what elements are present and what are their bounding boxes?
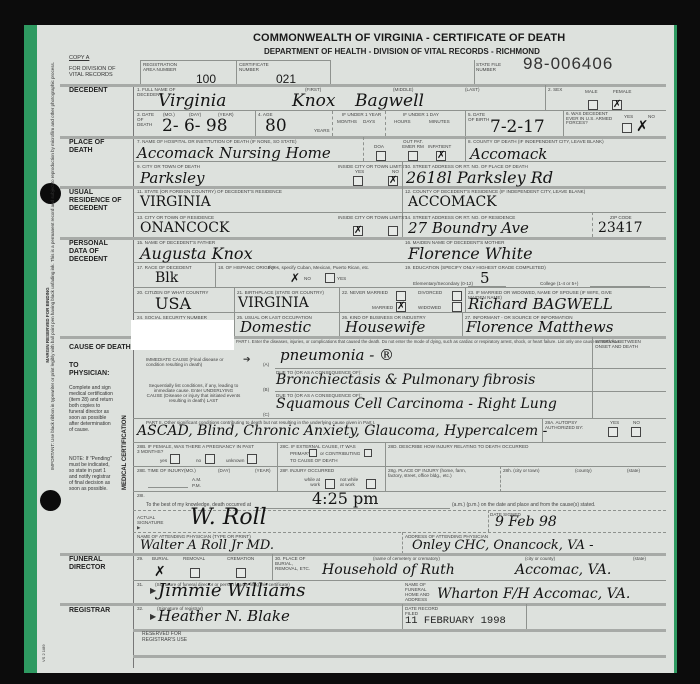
preg-unknown-label: unknown [226,458,244,463]
education-elementary: 5 [480,269,490,287]
interval-label: INTERVAL BETWEEN ONSET AND DEATH [595,339,655,349]
doa-checkbox[interactable] [376,151,386,161]
college-line [590,286,650,287]
father-name: Augusta Knox [140,244,253,263]
autopsy-yes-checkbox[interactable] [608,427,618,437]
hospital-name: Accomack Nursing Home [137,144,331,162]
date-signed-divider [488,510,489,532]
reserved-divider [133,629,666,632]
male-label: male [585,89,598,94]
time-of-injury-label: 28e. TIME OF INJURY [137,468,184,473]
preg-no-checkbox[interactable] [205,454,215,464]
divorced-checkbox[interactable] [452,291,462,301]
armed-yes-label: yes [624,114,633,119]
residence-county: ACCOMACK [408,194,497,210]
cause-a-line [275,368,666,369]
residence-state: VIRGINIA [140,194,211,210]
date-of-death: 2- 6- 98 [162,116,228,136]
row-divider [133,491,666,492]
under-day-divider [385,111,386,136]
under-1-day-label: IF UNDER 1 DAY [403,112,439,117]
contributing-label: or CONTRIBUTING [320,451,360,456]
hours-hint: hours [394,119,411,124]
f9-no-checkbox[interactable]: ✗ [388,176,398,186]
margin-reserved-text: MARGIN RESERVED FOR BINDING IMPORTANT: U… [45,180,55,470]
part2-line [133,418,666,419]
autopsy-yes-label: yes [610,420,619,425]
hispanic-hint: If yes, specify Cuban, Mexican, Puerto R… [268,265,369,270]
age: 80 [265,116,287,136]
contributing-checkbox[interactable] [364,449,372,457]
autopsy-no-label: no [633,420,640,425]
married-label: MARRIED [372,305,393,310]
under-1-year-label: IF UNDER 1 YEAR [342,112,381,117]
residence-city: ONANCOCK [140,220,229,236]
injury-year-hint: (year) [255,468,271,473]
external-hint: TO CAUSE OF DEATH [290,458,338,463]
place-of-burial-label: 30. PLACE OF BURIAL, REMOVAL, ETC. [275,556,315,571]
certificate-subtitle: DEPARTMENT OF HEALTH - DIVISION OF VITAL… [264,47,540,56]
form-code: VS 2 1/89 [40,644,47,662]
state-file-number: 98-006406 [523,54,613,74]
injury-day-hint: (day) [218,468,230,473]
removal-checkbox[interactable] [190,568,200,578]
injury-mo-hint: (mo.) [184,468,196,473]
punch-hole-bottom [40,490,61,511]
never-married-checkbox[interactable] [396,291,406,301]
registrar-divider [60,603,666,606]
section-funeral-director: FUNERAL DIRECTOR [69,556,124,572]
certificate-title: COMMONWEALTH OF VIRGINIA - CERTIFICATE O… [253,32,565,44]
pending-note: NOTE: If "Pending" must be indicated, so… [69,456,114,492]
am-label: A.M. [192,477,201,482]
birthplace-divider [234,288,235,336]
date-of-birth-label: 5. DATE OF BIRTH [468,112,490,122]
decedent-last-name: Bagwell [355,91,424,111]
row-divider [133,442,666,443]
inpatient-checkbox[interactable]: ✗ [436,151,446,161]
dob-divider [465,111,466,136]
outpat-label: Out Pat. Emer Rm [402,139,424,149]
cause-c: Squamous Cell Carcinoma - Right Lung [276,396,557,412]
male-checkbox[interactable] [588,100,598,110]
months-hint: months [337,119,357,124]
pm-label: P.M. [192,483,201,488]
zip-code: 23417 [598,220,643,236]
sex-label: 2. SEX [548,87,562,92]
elementary-label: Elementary/Secondary (0-12) [413,281,473,286]
under-year-divider [332,111,333,136]
preg-yes-checkbox[interactable] [170,454,180,464]
inpatient-label: Inpatient [428,144,451,149]
decedent-first-name: Virginia [158,91,226,111]
minutes-hint: minutes [429,119,450,124]
female-checkbox[interactable]: ✗ [612,100,622,110]
armed-yes-checkbox[interactable] [622,123,632,133]
physician-address: Onley CHC, Onancock, VA - [412,538,594,553]
section-registrar: REGISTRAR [69,607,110,615]
row-divider [133,466,666,467]
cause-stated-text: (a.m.) (p.m.) on the date and place and … [452,503,595,508]
mother-name: Florence White [408,244,533,263]
primary-label: PRIMARY [290,451,311,456]
marital-divider [339,288,340,336]
county-of-death: Accomack [470,145,547,163]
funeral-state-hint: (state) [633,556,646,561]
date-signed: 9 Feb 98 [495,514,557,530]
time-of-death-line [260,508,450,509]
armed-no-label: no [648,114,655,119]
cemetery-hint: (name of cemetery or crematory) [373,556,440,561]
informant: Florence Matthews [466,318,613,336]
hispanic-divider [215,263,216,287]
preg-no-label: no [196,458,201,463]
not-while-work-label: not while at work [340,477,362,487]
state-file-divider [474,60,475,84]
place-burial-divider [272,554,273,580]
medical-certification-label: MEDICAL CERTIFICATION [121,415,129,490]
section-personal-data: PERSONAL DATA OF DECEDENT [69,240,124,264]
burial-label: BURIAL [152,556,169,561]
primary-checkbox[interactable] [309,449,317,457]
place-of-burial-city: Accomac, VA. [515,562,611,578]
widowed-checkbox[interactable] [452,302,462,312]
county-of-death-label: 8. COUNTY OF DEATH (if independent city,… [468,139,604,144]
section-decedent: DECEDENT [69,87,108,95]
residence-street: 27 Boundry Ave [408,219,529,237]
hispanic-label: 18. OF HISPANIC ORIGIN? [218,265,275,270]
registrar-arrow-icon: ▶ [150,613,156,620]
date-of-death-label: 3. DATE OF DEATH [137,112,159,127]
f13-inside-limits-label: inside city or town limits? [338,215,407,220]
county-death-divider [465,137,466,161]
doa-divider [363,137,364,161]
funeral-home-label: NAME OF FUNERAL HOME AND ADDRESS [405,582,435,602]
time-of-death: 4:25 pm [312,489,378,508]
date-of-birth: 7-2-17 [490,117,545,137]
ssn-redaction [131,320,234,350]
birthplace: VIRGINIA [238,295,309,311]
preg-unknown-checkbox[interactable] [247,454,257,464]
hispanic-no-label: no [304,276,311,281]
physician-address-divider [402,532,403,554]
registrar-signature: Heather N. Blake [158,607,290,625]
street-of-death: 2618l Parksley Rd [406,168,553,187]
immediate-cause-label: IMMEDIATE CAUSE (Final disease or condit… [146,357,241,367]
autopsy-no-checkbox[interactable] [631,427,641,437]
zip-divider [592,212,593,237]
college-label: College (1-4 or 5+) [540,281,578,286]
physician-signature: W. Roll [190,505,267,530]
time-line [148,487,188,488]
informant-divider [462,312,463,336]
injury-city-label: 28h. (city or town) [503,468,540,473]
funeral-divider [60,553,666,556]
removal-label: REMOVAL [183,556,205,561]
funeral-home: Wharton F/H Accomac, VA. [437,586,630,602]
injury-city-divider [500,466,501,492]
doa-label: DOA [374,144,384,149]
autopsy-label: 28a. AUTOPSY AUTHORIZED BY: [545,420,595,430]
pregnancy-label: 28b. IF FEMALE, WAS THERE A PREGNANCY IN… [137,444,257,454]
not-while-work-checkbox[interactable] [366,479,376,489]
education-label: 19. EDUCATION (Specify only highest grad… [405,265,546,270]
cause-b-label: (B) [263,387,269,392]
armed-forces-label: 6. WAS DECEDENT EVER IN U.S. ARMED FORCE… [566,112,616,126]
married-checkbox[interactable]: ✗ [396,302,406,312]
row-divider [133,287,666,288]
place-of-injury-label: 28g. PLACE OF INJURY (home, farm, factor… [388,468,468,478]
cause-b: Bronchiectasis & Pulmonary fibrosis [276,372,535,388]
citizen-country: USA [155,294,191,313]
hispanic-no-mark[interactable]: ✗ [290,271,300,285]
city-of-death: Parksley [140,169,204,187]
funeral-director-signature: Jimmie Williams [158,580,306,601]
years-hint: years [314,128,330,133]
hispanic-yes-label: yes [337,276,346,281]
cause-b-line [275,391,666,392]
f9-yes-label: yes [355,169,364,174]
f28i-label: 28i. [137,493,145,498]
city-county-hint: (city or county) [525,556,555,561]
while-work-label: while at work [300,477,320,487]
place-of-burial: Household of Ruth [322,562,455,578]
f32-label: 32. [137,606,143,611]
binding-strip [24,25,37,673]
sex-divider [545,85,546,110]
state-file-label: STATE FILE NUMBER [476,62,506,72]
registration-area-label: REGISTRATION AREA NUMBER [143,62,183,72]
f13-no-checkbox[interactable] [388,226,398,236]
f9-yes-checkbox[interactable] [353,176,363,186]
cause-a: pneumonia - ® [280,346,394,364]
signature-label: ACTUAL SIGNATURE ▶ [137,515,167,530]
interval-divider [592,337,593,419]
external-divider [277,442,278,492]
residence-divider [402,162,403,237]
arrow-icon: ➔ [243,356,251,363]
paper-edge [674,25,677,673]
cause-c-label: (C) [263,412,269,417]
spouse-divider [465,288,466,312]
hispanic-yes-checkbox[interactable] [325,273,335,283]
f29-label: 29. [137,556,143,561]
external-cause-label: 28c. IF EXTERNAL CAUSE, IT WAS [280,444,356,449]
physician-name: Walter A Roll Jr MD. [140,538,274,553]
injury-state-label: (state) [627,468,640,473]
section-place-of-death: PLACE OF DEATH [69,139,124,155]
section-usual-residence: USUAL RESIDENCE OF DECEDENT [69,189,124,213]
autopsy-divider [542,418,543,442]
f9-no-label: no [392,169,399,174]
armed-divider [563,111,564,136]
reserved-for-registrar-label: RESERVED FOR REGISTRAR'S USE [142,632,202,643]
f31-label: 31. [137,582,143,587]
outpat-checkbox[interactable] [408,151,418,161]
days-hint: days [363,119,375,124]
to-physician-label: TO PHYSICIAN: [69,362,114,378]
burial-mark[interactable]: ✗ [154,564,166,580]
age-divider [255,111,256,136]
describe-injury-label: 28d. DESCRIBE HOW INJURY RELATING TO DEA… [388,444,528,449]
section-cause-of-death: CAUSE OF DEATH [69,344,131,352]
row-divider [133,212,666,213]
never-married-label: 22. NEVER MARRIED [342,290,388,295]
industry: Housewife [345,318,425,336]
f13-yes-checkbox[interactable]: ✗ [353,226,363,236]
sequential-label: Sequentially list conditions, if any, le… [146,383,241,403]
cremation-checkbox[interactable] [236,568,246,578]
divorced-label: DIVORCED [418,290,442,295]
physician-instructions: Complete and sign medical certification … [69,385,114,433]
describe-divider [385,442,386,492]
bottom-border [133,655,666,658]
copy-for-label: FOR DIVISION OF VITAL RECORDS [69,66,124,78]
armed-no-mark[interactable]: ✗ [636,117,649,135]
physician-divider [133,532,666,533]
copy-label: COPY A [69,55,89,62]
widowed-label: WIDOWED [418,305,441,310]
cremation-label: CREMATION [227,556,254,561]
certificate-number-label: CERTIFICATE NUMBER [239,62,279,72]
race: Blk [155,270,178,286]
spouse-name: Richard BAGWELL [468,295,613,313]
while-work-checkbox[interactable] [325,479,335,489]
director-arrow-icon: ▶ [150,587,156,594]
preg-yes-label: yes [160,458,167,463]
other-conditions: ASCAD, Blind, Chronic Anxiety, Glaucoma,… [137,423,547,439]
date-filed: 11 FEBRUARY 1998 [405,615,506,627]
decedent-middle-name: Knox [292,91,335,111]
cause-a-label: (A) [263,362,269,367]
date-filed-right-divider [526,604,527,629]
injury-county-label: (county) [575,468,592,473]
female-label: female [613,89,631,94]
injury-occurred-label: 28f. INJURY OCCURRED [280,468,334,473]
last-name-hint: (last) [465,87,480,92]
part1-instructions: PART I. Enter the diseases, injuries, or… [236,339,636,344]
occupation: Domestic [240,318,311,336]
date-filed-left-divider [402,604,403,629]
